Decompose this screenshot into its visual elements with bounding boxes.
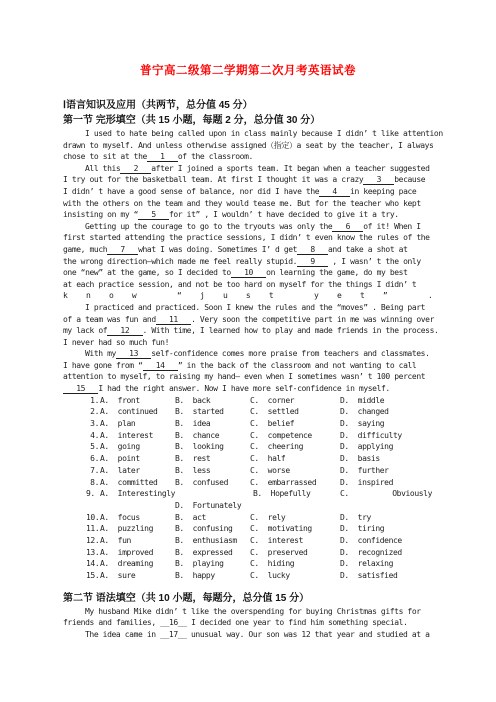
option-cell: B. started bbox=[175, 406, 250, 418]
cloze-blank: 12 bbox=[107, 326, 142, 336]
option-cell: 2. bbox=[86, 406, 100, 418]
option-cell: 12. bbox=[86, 535, 100, 547]
option-cell: 4. bbox=[86, 430, 100, 442]
exam-body: Ⅰ语言知识及应用（共两节，总分值 45 分） 第一节 完形填空（共 15 小题，… bbox=[63, 98, 435, 641]
option-cell: A. plan bbox=[100, 418, 175, 430]
option-cell: A. sure bbox=[100, 570, 175, 582]
option-cell: D. inspired bbox=[340, 477, 435, 489]
option-cell: A. interest bbox=[100, 430, 175, 442]
option-cell: C. preserved bbox=[250, 547, 340, 559]
option-cell: D. confidence bbox=[340, 535, 435, 547]
cloze-options-table: 1.A. frontB. backC. cornerD. middle2.A. … bbox=[63, 395, 435, 582]
option-row: 9.A. InterestinglyB. HopefullyC.Obviousl… bbox=[86, 488, 435, 500]
option-row: 10.A. focusB. actC. relyD. try bbox=[86, 512, 435, 524]
passage-line: I didn’ t have a good sense of balance, … bbox=[63, 186, 435, 198]
cloze-blank: 15 bbox=[63, 384, 98, 394]
cloze-blank: 3 bbox=[363, 175, 394, 185]
passage-line: know“justyet”. bbox=[63, 290, 435, 302]
option-cell: B. expressed bbox=[175, 547, 250, 559]
cloze-blank: 4 bbox=[319, 187, 350, 197]
option-cell: C. half bbox=[250, 453, 340, 465]
option-cell: B. back bbox=[175, 395, 250, 407]
cloze-blank: 9 bbox=[297, 257, 328, 267]
section1-heading: Ⅰ语言知识及应用（共两节，总分值 45 分） bbox=[63, 98, 435, 113]
option-cell: B. confused bbox=[175, 477, 250, 489]
option-row: 13.A. improvedB. expressedC. preservedD.… bbox=[86, 547, 435, 559]
option-row: 2.A. continuedB. startedC. settledD. cha… bbox=[86, 406, 435, 418]
option-cell: B. act bbox=[175, 512, 250, 524]
option-cell: C. settled bbox=[250, 406, 340, 418]
option-row: 5.A. goingB. lookingC. cheeringD. applyi… bbox=[86, 441, 435, 453]
cloze-blank: 14 bbox=[143, 361, 178, 371]
passage-line: I practiced and practiced. Soon I knew t… bbox=[63, 302, 435, 314]
cloze-blank: 8 bbox=[297, 245, 328, 255]
option-cell: C. lucky bbox=[250, 570, 340, 582]
option-cell: C. hiding bbox=[250, 558, 340, 570]
exam-title: 普宁高二级第二学期第二次月考英语试卷 bbox=[0, 62, 496, 78]
cloze-blank: 13 bbox=[116, 349, 151, 359]
cloze-blank: 10 bbox=[231, 268, 266, 278]
cloze-blank: 6 bbox=[332, 222, 363, 232]
passage-line: with the others on the team and they wou… bbox=[63, 198, 435, 210]
passage-line: the wrong direction—which made me feel r… bbox=[63, 256, 435, 268]
passage-line: friends and families, __16__ I decided o… bbox=[63, 617, 435, 629]
option-cell: D. further bbox=[340, 465, 435, 477]
option-cell: B. idea bbox=[175, 418, 250, 430]
option-cell: B. confusing bbox=[175, 523, 250, 535]
passage-line: my lack of 12 . With time, I learned how… bbox=[63, 325, 435, 337]
option-cell: D. tiring bbox=[340, 523, 435, 535]
option-cell: B. rest bbox=[175, 453, 250, 465]
passage-line: All this 2 after I joined a sports team.… bbox=[63, 163, 435, 175]
option-cell: 11. bbox=[86, 523, 100, 535]
option-cell: D. try bbox=[340, 512, 435, 524]
option-cell: C. motivating bbox=[250, 523, 340, 535]
passage-line: 15 I had the right answer. Now I have mo… bbox=[63, 383, 435, 395]
passage-line: My husband Mike didn’ t like the overspe… bbox=[63, 606, 435, 618]
option-cell: A. point bbox=[100, 453, 175, 465]
option-cell: A. going bbox=[100, 441, 175, 453]
exam-page: 普宁高二级第二学期第二次月考英语试卷 Ⅰ语言知识及应用（共两节，总分值 45 分… bbox=[0, 0, 496, 702]
option-cell: 13. bbox=[86, 547, 100, 559]
option-cell: D. satisfied bbox=[340, 570, 435, 582]
option-row: 14.A. dreamingB. playingC. hidingD. rela… bbox=[86, 558, 435, 570]
cloze-blank: 1 bbox=[147, 152, 178, 162]
option-cell: D. basis bbox=[340, 453, 435, 465]
passage-line: Getting up the courage to go to the tryo… bbox=[63, 221, 435, 233]
passage-line: first started attending the practice ses… bbox=[63, 232, 435, 244]
option-cell: B. less bbox=[175, 465, 250, 477]
option-cell: 6. bbox=[86, 453, 100, 465]
option-cell: D. saying bbox=[340, 418, 435, 430]
option-cell: 1. bbox=[86, 395, 100, 407]
option-row: 7.A. laterB. lessC. worseD. further bbox=[86, 465, 435, 477]
option-cell: D. relaxing bbox=[340, 558, 435, 570]
option-cell: A. dreaming bbox=[100, 558, 175, 570]
option-cell: 9. bbox=[86, 488, 95, 500]
option-cell: D. difficulty bbox=[340, 430, 435, 442]
option-cell: B. chance bbox=[175, 430, 250, 442]
option-row: 11.A. puzzlingB. confusingC. motivatingD… bbox=[86, 523, 435, 535]
option-cell: 8. bbox=[86, 477, 100, 489]
passage-line: drawn to myself. And unless otherwise as… bbox=[63, 140, 435, 152]
part2-heading: 第二节 语法填空（共 10 小题，每题分，总分值 15 分） bbox=[63, 591, 435, 606]
passage-line: attention to myself, to raising my hand—… bbox=[63, 371, 435, 383]
passage-line: I have gone from “ 14 ” in the back of t… bbox=[63, 360, 435, 372]
cloze-blank: 5 bbox=[138, 210, 169, 220]
option-cell: C. belief bbox=[250, 418, 340, 430]
option-cell: 15. bbox=[86, 570, 100, 582]
option-cell: B. playing bbox=[175, 558, 250, 570]
option-cell: 10. bbox=[86, 512, 100, 524]
option-cell: A. focus bbox=[100, 512, 175, 524]
passage-line: of a team was fun and 11 . Very soon the… bbox=[63, 314, 435, 326]
option-row: D. Fortunately bbox=[86, 500, 435, 512]
grammar-passage: My husband Mike didn’ t like the overspe… bbox=[63, 606, 435, 641]
part1-heading: 第一节 完形填空（共 15 小题，每题 2 分，总分值 30 分） bbox=[63, 113, 435, 128]
option-cell: C. interest bbox=[250, 535, 340, 547]
passage-line: at each practice session, and not be too… bbox=[63, 279, 435, 291]
passage-line: With my 13 self-confidence comes more pr… bbox=[63, 348, 435, 360]
option-cell: D. recognized bbox=[340, 547, 435, 559]
option-row: 12.A. funB. enthusiasmC. interestD. conf… bbox=[86, 535, 435, 547]
option-cell: A. later bbox=[100, 465, 175, 477]
option-cell: 7. bbox=[86, 465, 100, 477]
cloze-passage: I used to hate being called upon in clas… bbox=[63, 128, 435, 395]
cloze-blank: 2 bbox=[120, 164, 151, 174]
option-row: 15.A. sureB. happyC. luckyD. satisfied bbox=[86, 570, 435, 582]
option-cell: A. Interestingly bbox=[100, 488, 175, 500]
option-cell: A. continued bbox=[100, 406, 175, 418]
option-cell: B. enthusiasm bbox=[175, 535, 250, 547]
option-cell: B. looking bbox=[175, 441, 250, 453]
option-cell: 14. bbox=[86, 558, 100, 570]
passage-line: insisting on my “ 5 for it” , I wouldn’ … bbox=[63, 209, 435, 221]
option-cell: C. corner bbox=[250, 395, 340, 407]
cloze-blank: 7 bbox=[107, 245, 138, 255]
option-cell: D. Fortunately bbox=[175, 500, 241, 512]
passage-line: game, much 7 what I was doing. Sometimes… bbox=[63, 244, 435, 256]
option-cell: C. cheering bbox=[250, 441, 340, 453]
passage-line: The idea came in __17__ unusual way. Our… bbox=[63, 629, 435, 641]
passage-line: one “new” at the game, so I decided to 1… bbox=[63, 267, 435, 279]
passage-line: I try out for the basketball team. At fi… bbox=[63, 174, 435, 186]
option-row: 8.A. committedB. confusedC. embarrassedD… bbox=[86, 477, 435, 489]
option-row: 4.A. interestB. chanceC. competenceD. di… bbox=[86, 430, 435, 442]
option-cell: A. improved bbox=[100, 547, 175, 559]
option-row: 1.A. frontB. backC. cornerD. middle bbox=[86, 395, 435, 407]
option-cell: Obviously bbox=[392, 488, 432, 500]
cloze-blank: 11 bbox=[156, 315, 191, 325]
option-cell: 3. bbox=[86, 418, 100, 430]
option-cell: C. rely bbox=[250, 512, 340, 524]
option-cell: A. puzzling bbox=[100, 523, 175, 535]
option-cell: A. fun bbox=[100, 535, 175, 547]
option-cell: C. competence bbox=[250, 430, 340, 442]
option-row: 6.A. pointB. restC. halfD. basis bbox=[86, 453, 435, 465]
passage-line: chose to sit at the 1 of the classroom. bbox=[63, 151, 435, 163]
option-row: 3.A. planB. ideaC. beliefD. saying bbox=[86, 418, 435, 430]
passage-line: I used to hate being called upon in clas… bbox=[63, 128, 435, 140]
option-cell: 5. bbox=[86, 441, 100, 453]
option-cell: C. embarrassed bbox=[250, 477, 340, 489]
option-cell: D. changed bbox=[340, 406, 435, 418]
option-cell: B. Hopefully bbox=[253, 488, 310, 500]
option-cell: C. bbox=[340, 488, 349, 500]
option-cell: A. front bbox=[100, 395, 175, 407]
option-cell: B. happy bbox=[175, 570, 250, 582]
option-cell: D. applying bbox=[340, 441, 435, 453]
option-cell: C. worse bbox=[250, 465, 340, 477]
passage-line: I never had so much fun! bbox=[63, 337, 435, 349]
option-cell: A. committed bbox=[100, 477, 175, 489]
option-cell: D. middle bbox=[340, 395, 435, 407]
